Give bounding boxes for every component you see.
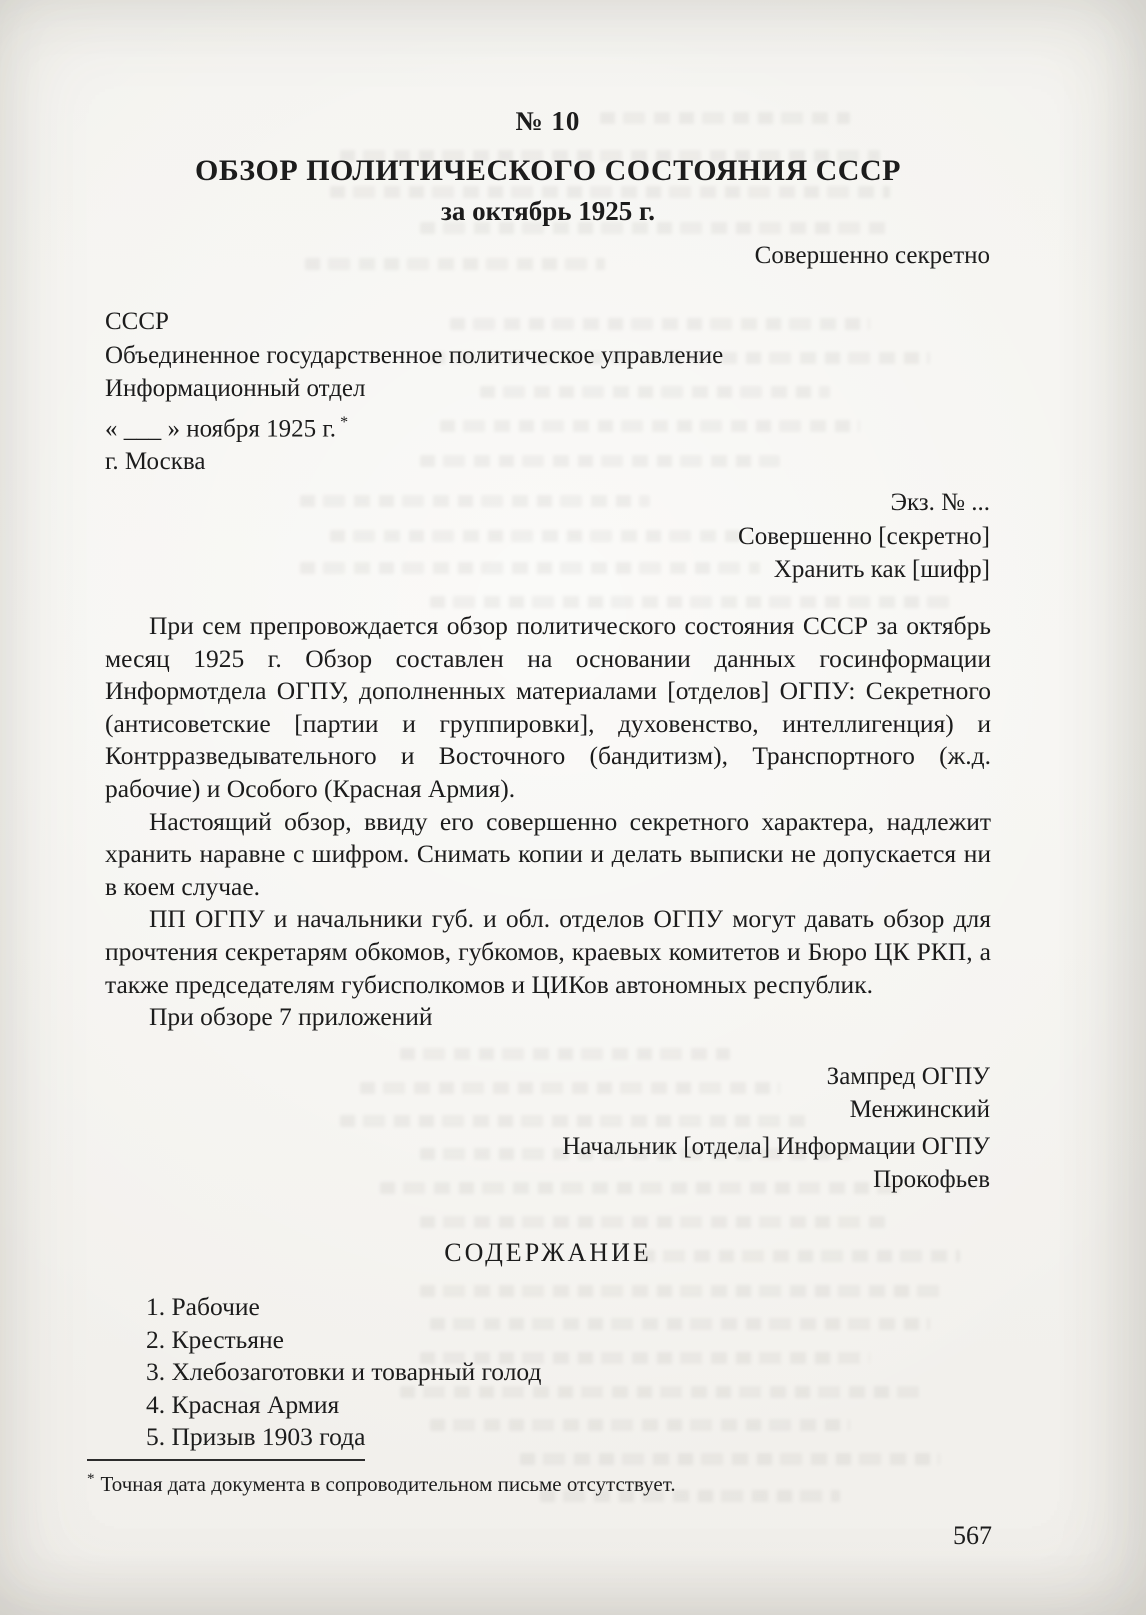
bleed-through-artifact [430, 596, 950, 608]
footnote-divider [87, 1459, 365, 1461]
contents-item: 3. Хлебозаготовки и товарный голод [146, 1356, 541, 1389]
letterhead-department: Информационный отдел [105, 372, 723, 406]
bleed-through-artifact [420, 1216, 890, 1228]
contents-item: 4. Красная Армия [146, 1389, 541, 1422]
contents-item: 1. Рабочие [146, 1291, 541, 1324]
signature-block: Зампред ОГПУ Менжинский Начальник [отдел… [562, 1060, 990, 1196]
footnote-text: Точная дата документа в сопроводительном… [101, 1472, 676, 1496]
bleed-through-artifact [330, 530, 750, 542]
page-title: ОБЗОР ПОЛИТИЧЕСКОГО СОСТОЯНИЯ СССР [105, 154, 991, 188]
contents-heading: СОДЕРЖАНИЕ [105, 1238, 991, 1268]
bleed-through-artifact [400, 1048, 730, 1060]
bleed-through-artifact [305, 258, 605, 270]
copy-secrecy-line: Совершенно [секретно] [738, 520, 990, 554]
bleed-through-artifact [520, 1453, 940, 1465]
letterhead-city: г. Москва [105, 445, 723, 479]
letterhead-organization: Объединенное государственное политическо… [105, 339, 723, 373]
signature-name: Менжинский [562, 1093, 990, 1126]
footnote-marker: * [87, 1471, 95, 1487]
page-number: 567 [953, 1521, 992, 1551]
document-page: № 10 ОБЗОР ПОЛИТИЧЕСКОГО СОСТОЯНИЯ СССР … [0, 0, 1146, 1615]
signature-name: Прокофьев [562, 1163, 990, 1196]
letterhead-country: СССР [105, 305, 723, 339]
bleed-through-artifact [300, 562, 760, 574]
letterhead-date-line: « ___ » ноября 1925 г.* [105, 406, 723, 446]
body-paragraph: При сем препровождается обзор политическ… [105, 610, 991, 806]
footnote: *Точная дата документа в сопроводительно… [87, 1466, 847, 1497]
letterhead: СССР Объединенное государственное полити… [105, 305, 723, 479]
body-paragraph: Настоящий обзор, ввиду его совершенно се… [105, 806, 991, 904]
copy-number-line: Экз. № ... [738, 486, 990, 520]
classification-stamp: Совершенно секретно [755, 242, 990, 270]
signature-title: Зампред ОГПУ [562, 1060, 990, 1093]
contents-item: 2. Крестьяне [146, 1324, 541, 1357]
contents-item: 5. Призыв 1903 года [146, 1421, 541, 1454]
document-body: При сем препровождается обзор политическ… [105, 610, 991, 1034]
contents-list: 1. Рабочие 2. Крестьяне 3. Хлебозаготовк… [146, 1291, 541, 1454]
date-blank: « ___ » ноября 1925 г. [105, 415, 336, 442]
signature-title: Начальник [отдела] Информации ОГПУ [562, 1130, 990, 1163]
body-paragraph: ПП ОГПУ и начальники губ. и обл. отделов… [105, 903, 991, 1001]
doc-subtitle: за октябрь 1925 г. [105, 196, 991, 227]
copy-cipher-line: Хранить как [шифр] [738, 553, 990, 587]
doc-number: № 10 [105, 106, 991, 137]
bleed-through-artifact [300, 495, 650, 507]
body-paragraph: При обзоре 7 приложений [105, 1001, 991, 1034]
footnote-reference-asterisk: * [340, 414, 348, 431]
copy-block: Экз. № ... Совершенно [секретно] Хранить… [738, 486, 990, 587]
